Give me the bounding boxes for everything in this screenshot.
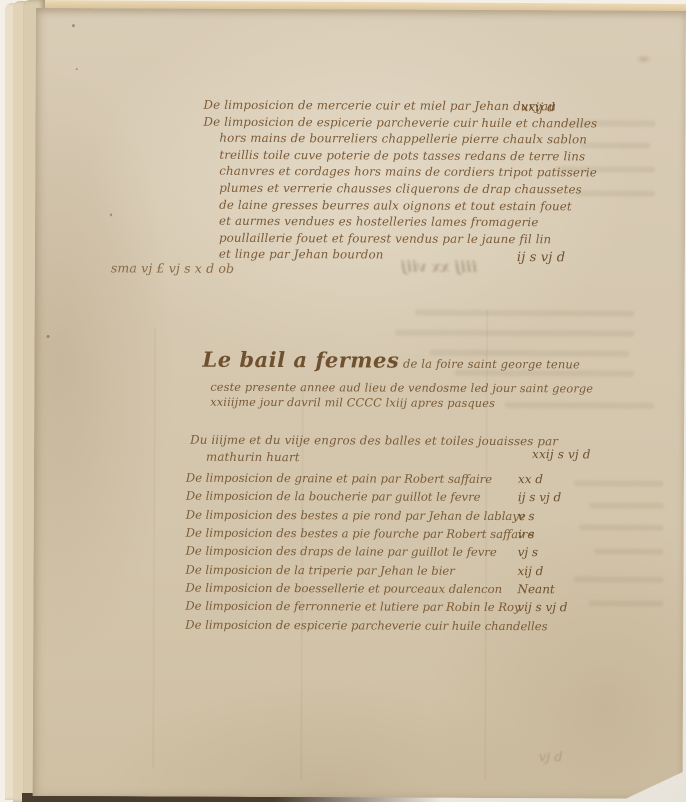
amount-espicerie: ij s vj d [517,250,565,265]
show-through [415,310,635,317]
fee-entry-amount: ij s vj d [518,490,561,504]
fee-entry-row: De limposicion de la boucherie par guill… [186,489,666,509]
margin-summa: sma vj £ vj s x d ob [111,260,234,276]
entry-line: et aurmes vendues es hostelleries lames … [203,213,597,231]
corner-show-through-note: vj d [539,750,563,765]
folio-mark-smudge [636,55,652,64]
fee-entry-row: De limposicion de boessellerie et pource… [185,581,665,601]
fee-entry-text: De limposicion des draps de laine par gu… [186,544,497,559]
fee-entry-amount: v s [518,509,535,523]
fee-entry-text: De limposicion de la triperie par Jehan … [186,563,455,578]
show-through [395,330,635,337]
fee-entry-amount: v s [518,527,535,541]
fee-entry-text: De limposicion de espicerie parcheverie … [185,618,547,634]
fee-entry-row: De limposicion des bestes a pie rond par… [186,508,666,528]
fee-entry-amount: vj s [518,545,539,559]
manuscript-page: De limposicion de mercerie cuir et miel … [33,8,686,799]
section-heading: Le bail a fermes de la foire saint georg… [202,347,580,374]
fee-entry-amount: Neant [517,582,554,596]
fee-entry-amount: xx d [518,472,543,486]
fee-entry-text: De limposicion des bestes a pie fourche … [186,526,535,542]
manuscript-photo: De limposicion de mercerie cuir et miel … [0,0,686,802]
fee-entry-row: De limposicion de espicerie parcheverie … [185,618,665,638]
intro-line2: mathurin huart [206,450,300,464]
show-through-numerals: iiij xx viij [401,258,477,276]
crease-line [153,329,156,769]
entry-line: De limposicion de espicerie parcheverie … [203,113,597,131]
fee-entry-text: De limposicion de la boucherie par guill… [186,489,481,504]
entry-line: chanvres et cordages hors mains de cordi… [203,163,597,181]
ink-speck [76,68,78,70]
fee-entry-row: De limposicion des bestes a pie fourche … [186,526,666,546]
entry-line: treillis toile cuve poterie de pots tass… [203,147,597,165]
ink-speck [47,335,50,338]
fee-entry-row: De limposicion de ferronnerie et lutiere… [185,599,665,619]
show-through [504,402,654,409]
entry-line: de laine gresses beurres aulx oignons et… [203,196,597,214]
ink-speck [72,24,75,27]
fee-entry-amount: vij s vj d [517,600,567,614]
fee-entry-text: De limposicion de ferronnerie et lutiere… [185,599,520,614]
fee-entry-row: De limposicion des draps de laine par gu… [186,544,666,564]
intro-line1: Du iiijme et du viije engros des balles … [190,433,558,449]
amount-mercerie: xxij d [522,100,556,114]
entry-line: plumes et verrerie chausses cliquerons d… [203,180,597,198]
fee-entry-text: De limposicion de graine et pain par Rob… [186,471,492,486]
fee-entry-row: De limposicion de graine et pain par Rob… [186,471,666,491]
ink-speck [110,213,112,216]
fee-entry-row: De limposicion de la triperie par Jehan … [186,563,666,583]
fee-entry-text: De limposicion de boessellerie et pource… [185,581,502,596]
entry-line: hors mains de bourreliers chappellerie p… [203,130,597,148]
fee-entry-amount: xij d [518,564,544,578]
heading-line3: xxiiijme jour davril mil CCCC lxiij apre… [210,396,495,410]
amount-intro: xxij s vj d [532,447,591,461]
top-entry-paragraph: De limposicion de mercerie cuir et miel … [203,97,597,265]
heading-tail-text: de la foire saint george tenue [403,357,580,372]
heading-large-text: Le bail a fermes [202,347,399,373]
heading-line2: ceste presente annee aud lieu de vendosm… [210,381,593,396]
entry-line: poullaillerie fouet et fourest vendus pa… [203,229,597,247]
fee-entry-text: De limposicion des bestes a pie rond par… [186,508,526,523]
